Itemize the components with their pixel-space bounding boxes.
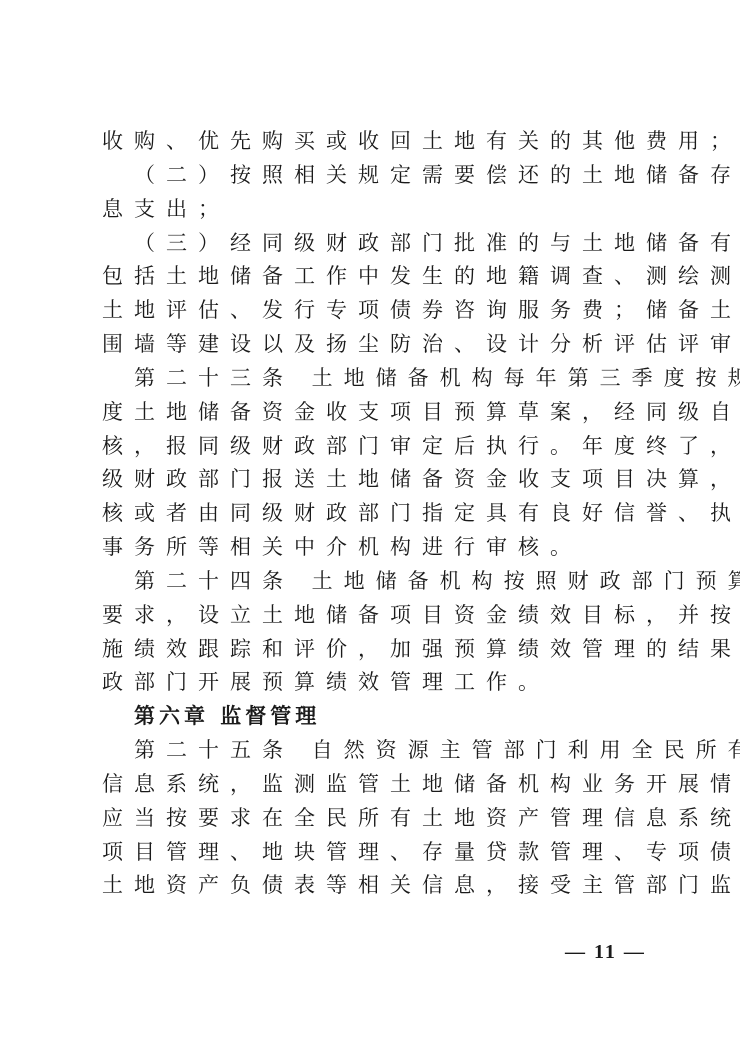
text-line: 信息系统，监测监管土地储备机构业务开展情况。土地储备机构: [102, 770, 662, 798]
text-line-item-three: （三）经同级财政部门批准的与土地储备有关的其他支出。: [134, 229, 694, 257]
text-line: 围墙等建设以及扬尘防治、设计分析评估评审费用等支出。: [102, 330, 662, 358]
text-line: 政部门开展预算绩效管理工作。: [102, 668, 662, 696]
text-line: 收购、优先购买或收回土地有关的其他费用；: [102, 127, 662, 155]
article-24-heading-line: 第二十四条 土地储备机构按照财政部门预算绩效管理相关: [134, 567, 694, 595]
text-line: 核或者由同级财政部门指定具有良好信誉、执业质量高的会计师: [102, 499, 662, 527]
text-line: 项目管理、地块管理、存量贷款管理、专项债券管理、国有储备: [102, 838, 662, 866]
text-line: 施绩效跟踪和评价，加强预算绩效管理的结果应用，积极配合财: [102, 635, 662, 663]
text-line: 核，报同级财政部门审定后执行。年度终了，土地储备机构向同: [102, 432, 662, 460]
article-23-heading-line: 第二十三条 土地储备机构每年第三季度按规定编制下一年: [134, 364, 694, 392]
text-line: 级财政部门报送土地储备资金收支项目决算，由同级财政部门审: [102, 465, 662, 493]
page-number: — 11 —: [565, 941, 646, 964]
text-line-item-two: （二）按照相关规定需要偿还的土地储备存量贷款本金和利: [134, 161, 694, 189]
document-page: 收购、优先购买或收回土地有关的其他费用； （二）按照相关规定需要偿还的土地储备存…: [0, 0, 740, 1052]
text-line: 应当按要求在全民所有土地资产管理信息系统中填报计划管理、: [102, 804, 662, 832]
text-line: 度土地储备资金收支项目预算草案，经同级自然资源主管部门审: [102, 398, 662, 426]
article-25-heading-line: 第二十五条 自然资源主管部门利用全民所有土地资产管理: [134, 736, 694, 764]
text-line: 息支出；: [102, 195, 662, 223]
text-line: 土地评估、发行专项债券咨询服务费；储备土地管护中发生围栏、: [102, 296, 662, 324]
text-line: 包括土地储备工作中发生的地籍调查、测绘测量、不动产登记、: [102, 262, 662, 290]
chapter-six-heading: 第六章 监督管理: [134, 702, 694, 730]
text-line: 土地资产负债表等相关信息，接受主管部门监督管理。: [102, 871, 662, 899]
text-line: 事务所等相关中介机构进行审核。: [102, 533, 662, 561]
text-line: 要求，设立土地储备项目资金绩效目标，并按确定的绩效目标实: [102, 601, 662, 629]
